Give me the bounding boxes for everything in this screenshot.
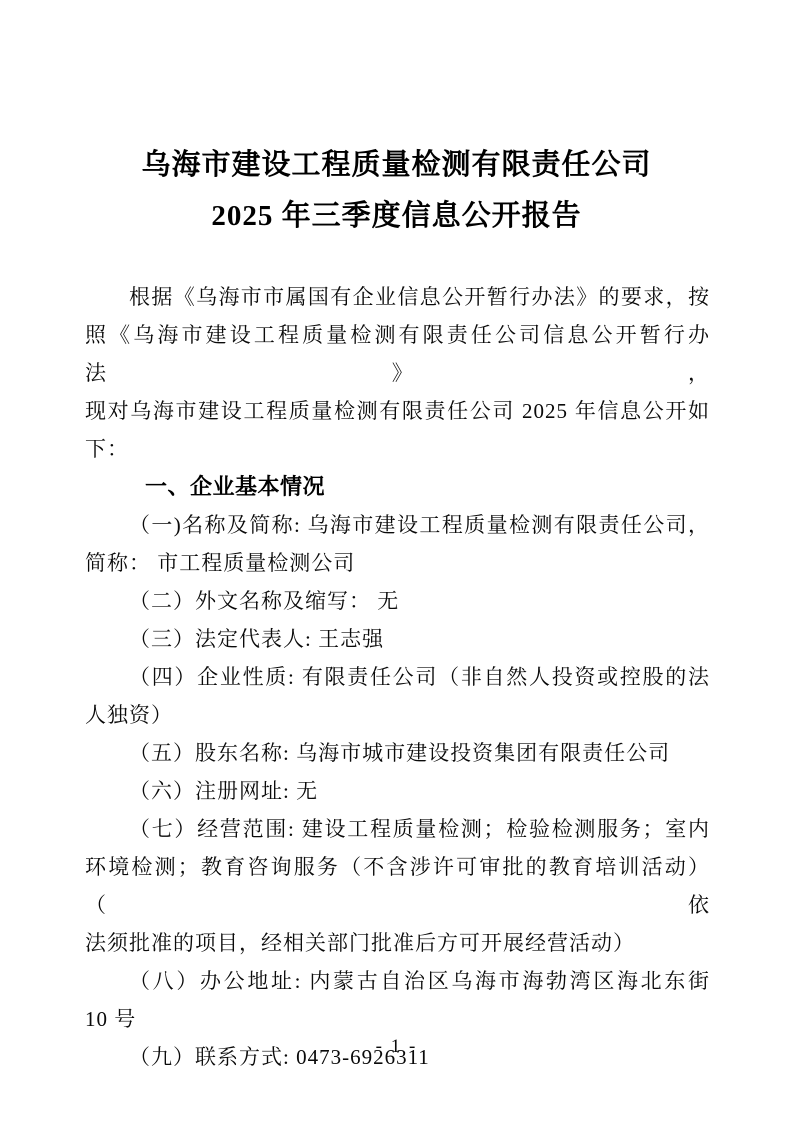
item-7-business-scope-line-3: 法须批准的项目，经相关部门批准后方可开展经营活动）: [85, 924, 710, 962]
document-title: 乌海市建设工程质量检测有限责任公司 2025 年三季度信息公开报告: [0, 140, 793, 242]
page-number: - 1 -: [0, 1036, 793, 1058]
item-1-name-line-2: 简称： 市工程质量检测公司: [85, 544, 710, 582]
item-3-legal-representative: （三）法定代表人: 王志强: [85, 620, 710, 658]
item-8-office-address-line-2: 10 号: [85, 1000, 710, 1038]
intro-line-4: 下：: [85, 430, 710, 468]
document-title-line-2: 2025 年三季度信息公开报告: [0, 191, 793, 242]
document-body: 根据《乌海市市属国有企业信息公开暂行办法》的要求，按 照《乌海市建设工程质量检测…: [85, 278, 710, 1076]
item-5-shareholder: （五）股东名称: 乌海市城市建设投资集团有限责任公司: [85, 734, 710, 772]
intro-line-3: 现对乌海市建设工程质量检测有限责任公司 2025 年信息公开如: [85, 392, 710, 430]
document-page: 乌海市建设工程质量检测有限责任公司 2025 年三季度信息公开报告 根据《乌海市…: [0, 0, 793, 1122]
document-title-line-1: 乌海市建设工程质量检测有限责任公司: [0, 140, 793, 191]
section-1-heading: 一、企业基本情况: [85, 468, 710, 506]
item-4-enterprise-type-line-1: （四）企业性质: 有限责任公司（非自然人投资或控股的法: [85, 658, 710, 696]
item-4-enterprise-type-line-2: 人独资）: [85, 696, 710, 734]
item-6-website: （六）注册网址: 无: [85, 772, 710, 810]
item-2-foreign-name: （二）外文名称及缩写： 无: [85, 582, 710, 620]
intro-line-1: 根据《乌海市市属国有企业信息公开暂行办法》的要求，按: [85, 278, 710, 316]
intro-line-2: 照《乌海市建设工程质量检测有限责任公司信息公开暂行办法》，: [85, 316, 710, 392]
item-7-business-scope-line-2: 环境检测；教育咨询服务（不含涉许可审批的教育培训活动）（依: [85, 848, 710, 924]
item-1-name-line-1: （一)名称及简称: 乌海市建设工程质量检测有限责任公司，: [85, 506, 710, 544]
item-8-office-address-line-1: （八）办公地址: 内蒙古自治区乌海市海勃湾区海北东街: [85, 962, 710, 1000]
item-7-business-scope-line-1: （七）经营范围: 建设工程质量检测；检验检测服务；室内: [85, 810, 710, 848]
